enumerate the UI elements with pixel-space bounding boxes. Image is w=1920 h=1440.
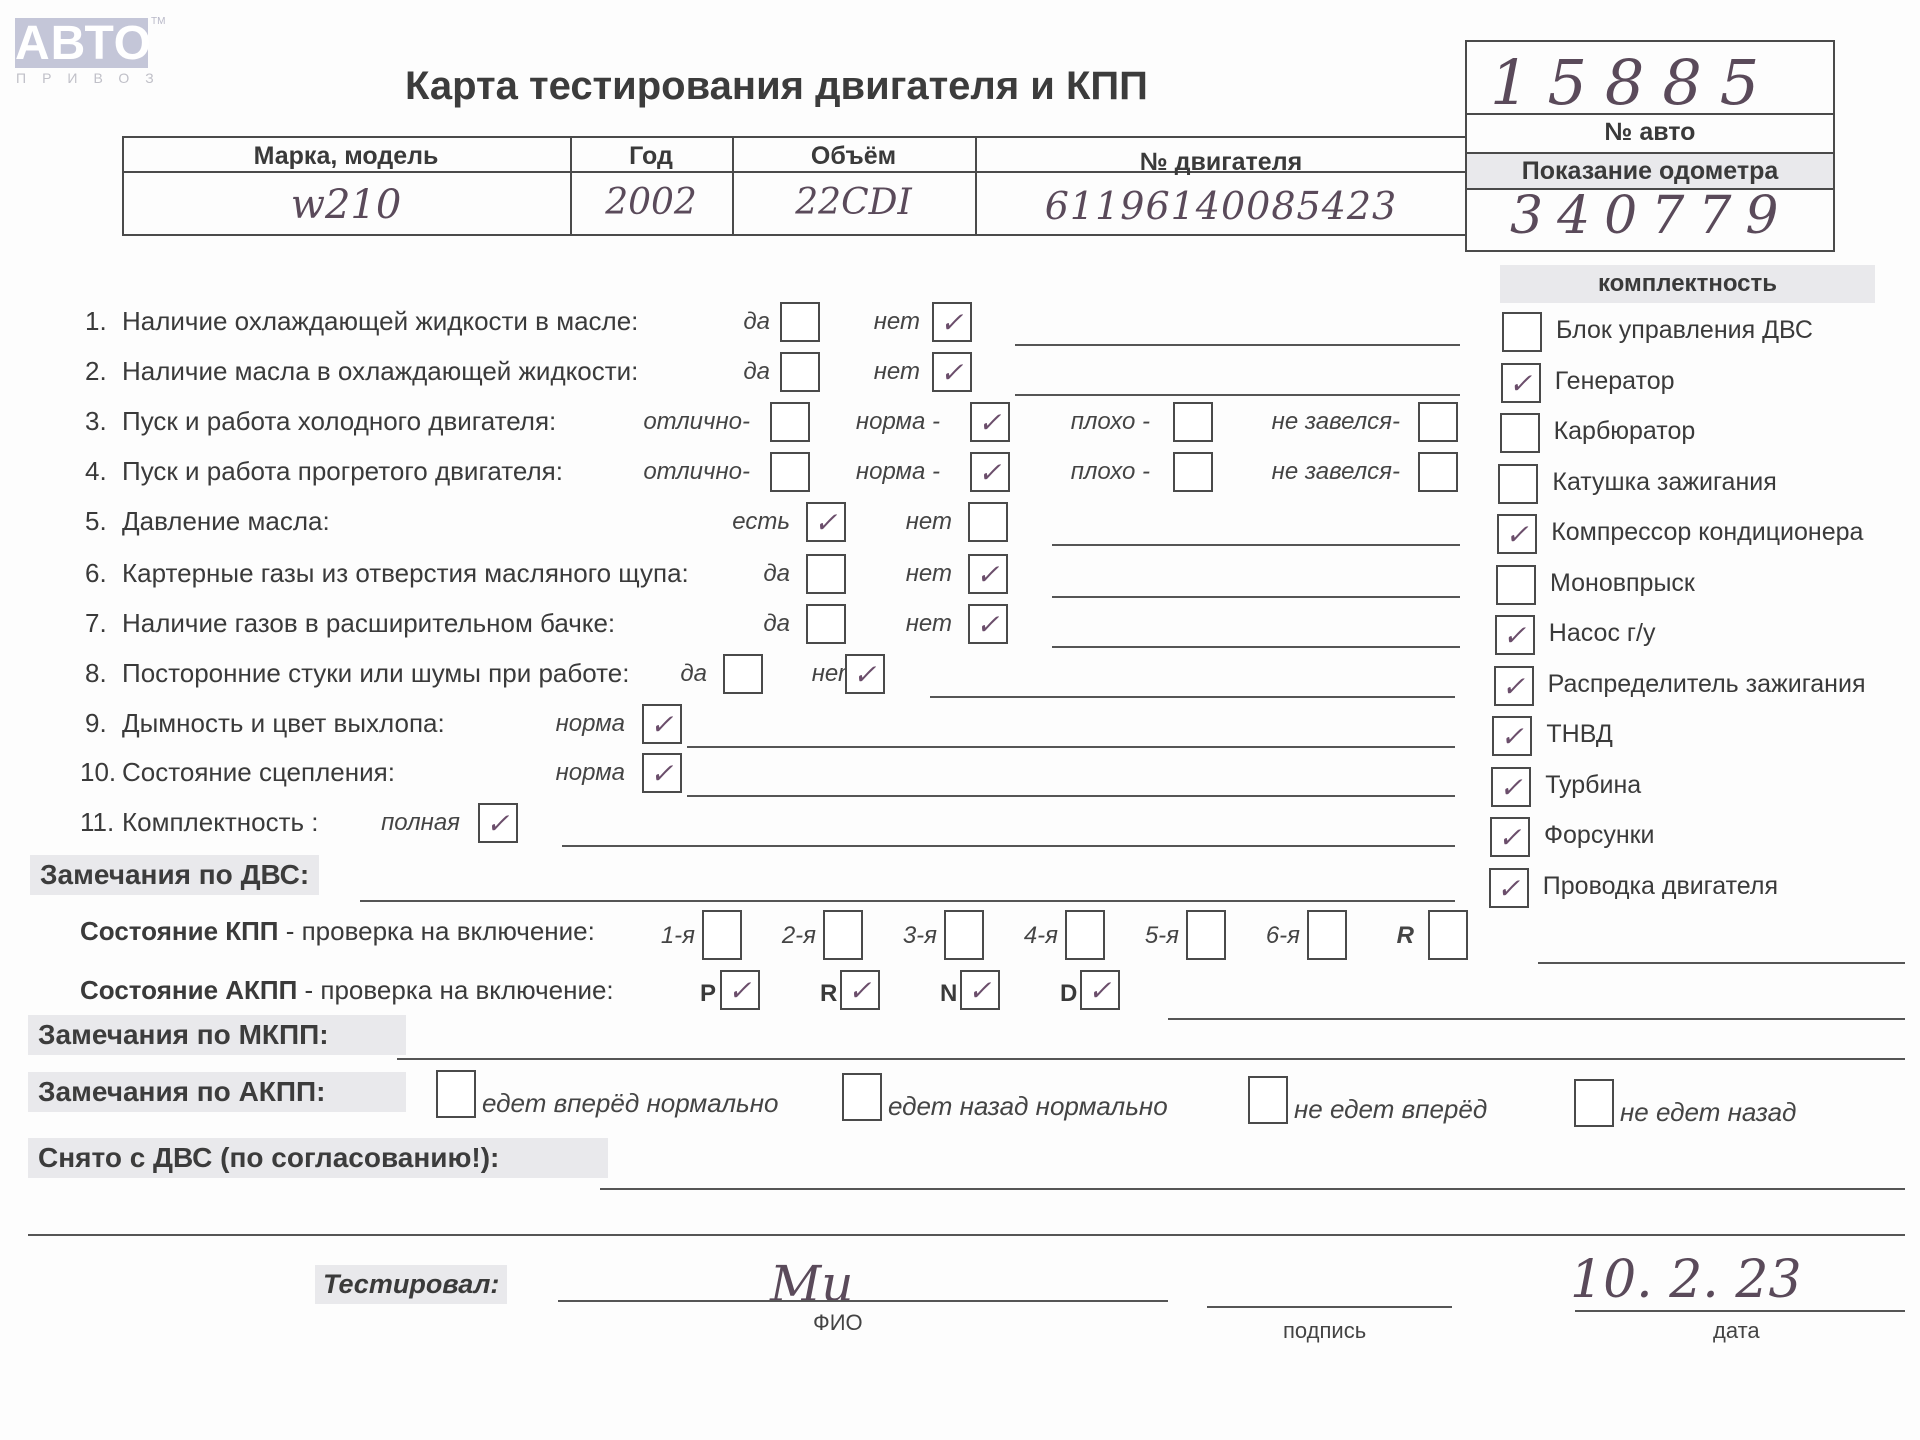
engine-number-value[interactable]: 61196140085423 (975, 184, 1467, 228)
kit-checkbox[interactable] (1490, 817, 1530, 857)
kit-item-label: Распределитель зажигания (1548, 670, 1866, 699)
year-value[interactable]: 2002 (570, 182, 732, 223)
trademark-mark: TM (151, 16, 165, 27)
kit-item-label: Карбюратор (1554, 417, 1696, 446)
checklist-option-label: нет (770, 308, 920, 336)
brand-subtitle: ПРИВОЗ (16, 70, 170, 86)
checklist-option-label: нет (708, 660, 858, 688)
checklist-checkbox[interactable] (968, 604, 1008, 644)
kit-checkbox[interactable] (1491, 767, 1531, 807)
tested-by-label: Тестировал: (315, 1265, 507, 1304)
auto-gearbox-label: Состояние АКПП - проверка на включение: (80, 975, 614, 1006)
checklist-comment-line[interactable] (687, 746, 1455, 748)
page-title: Карта тестирования двигателя и КПП (405, 64, 1148, 109)
car-number-label: № авто (1465, 118, 1835, 147)
car-number-value[interactable]: 15885 (1490, 46, 1777, 119)
kit-item-label: ТНВД (1546, 720, 1612, 749)
header-volume: Объём (732, 142, 975, 171)
kit-item-label: Проводка двигателя (1543, 872, 1778, 901)
checklist-item-number: 4. (85, 456, 107, 487)
checklist-checkbox[interactable] (968, 554, 1008, 594)
tested-by-name-caption: ФИО (813, 1310, 863, 1336)
checklist-option-label: норма - (790, 458, 940, 486)
checklist-option-label: полная (310, 809, 460, 837)
gear-checkbox[interactable] (1307, 910, 1347, 960)
auto-remark-label: не едет назад (1620, 1097, 1796, 1128)
checklist-option-label: норма (475, 759, 625, 787)
separator-line (28, 1234, 1905, 1236)
gear-label: 4-я (983, 922, 1058, 950)
auto-position-checkbox[interactable] (720, 970, 760, 1010)
checklist-option-label: да (620, 358, 770, 386)
kit-checkbox[interactable] (1492, 716, 1532, 756)
kit-checkbox[interactable] (1498, 464, 1538, 504)
checklist-item-label: Посторонние стуки или шумы при работе: (122, 658, 629, 689)
remarks-engine-label: Замечания по ДВС: (30, 855, 319, 895)
manual-gearbox-label-rest: - проверка на включение: (279, 916, 595, 946)
checklist-option-label: нет (802, 508, 952, 536)
auto-position-checkbox[interactable] (960, 970, 1000, 1010)
checklist-option-label: отлично- (600, 458, 750, 486)
gear-label: R (1346, 922, 1414, 950)
auto-position-label: N (940, 980, 957, 1008)
signature-line[interactable] (1207, 1306, 1452, 1308)
checklist-option-label: плохо - (1000, 408, 1150, 436)
auto-remark-checkbox[interactable] (842, 1073, 882, 1121)
kit-checkbox[interactable] (1496, 565, 1536, 605)
checklist-comment-line[interactable] (562, 845, 1455, 847)
make-model-value[interactable]: w210 (122, 182, 570, 228)
checklist-item-number: 9. (85, 708, 107, 739)
kit-checkbox[interactable] (1489, 868, 1529, 908)
checklist-comment-line[interactable] (1015, 344, 1460, 346)
checklist-option-label: да (557, 660, 707, 688)
gear-checkbox[interactable] (1065, 910, 1105, 960)
odometer-value[interactable]: 340779 (1510, 186, 1793, 246)
checklist-comment-line[interactable] (1052, 544, 1460, 546)
gear-checkbox[interactable] (944, 910, 984, 960)
header-year: Год (570, 142, 732, 171)
checklist-item-number: 11. (80, 807, 114, 838)
kit-item-label: Моновпрыск (1550, 569, 1695, 598)
gear-label: 3-я (862, 922, 937, 950)
kit-title: комплектность (1500, 265, 1875, 303)
car-number-divider (1465, 113, 1835, 115)
kit-item-label: Компрессор кондиционера (1551, 518, 1863, 547)
checklist-comment-line[interactable] (930, 696, 1455, 698)
kit-item-label: Турбина (1545, 771, 1641, 800)
auto-position-label: D (1060, 980, 1077, 1008)
tested-by-name-value[interactable]: Ми (770, 1255, 853, 1313)
checklist-option-label: плохо - (1000, 458, 1150, 486)
auto-position-label: R (820, 980, 837, 1008)
checklist-item-number: 7. (85, 608, 107, 639)
kit-checkbox[interactable] (1501, 363, 1541, 403)
auto-gearbox-label-rest: - проверка на включение: (297, 975, 613, 1005)
auto-remark-checkbox[interactable] (436, 1070, 476, 1118)
checklist-item-number: 2. (85, 356, 107, 387)
header-engine-number: № двигателя (975, 148, 1467, 177)
kit-checkbox[interactable] (1494, 666, 1534, 706)
gear-label: 2-я (741, 922, 816, 950)
remarks-manual-label: Замечания по МКПП: (28, 1015, 406, 1055)
auto-gearbox-line[interactable] (1168, 1018, 1905, 1020)
auto-position-checkbox[interactable] (840, 970, 880, 1010)
checklist-option-label: есть (640, 508, 790, 536)
checklist-item-number: 6. (85, 558, 107, 589)
kit-item-label: Насос г/у (1549, 619, 1656, 648)
checklist-checkbox[interactable] (478, 803, 518, 843)
checklist-item-label: Пуск и работа холодного двигателя: (122, 406, 556, 437)
checklist-checkbox[interactable] (1173, 402, 1213, 442)
checklist-checkbox[interactable] (1418, 402, 1458, 442)
checklist-item-number: 3. (85, 406, 107, 437)
auto-gearbox-label-bold: Состояние АКПП (80, 975, 297, 1005)
checklist-checkbox[interactable] (1173, 452, 1213, 492)
checklist-checkbox[interactable] (932, 302, 972, 342)
kit-item-label: Блок управления ДВС (1556, 316, 1813, 345)
checklist-item-number: 10. (80, 757, 116, 788)
checklist-option-label: не завелся- (1250, 458, 1400, 486)
checklist-checkbox[interactable] (642, 753, 682, 793)
date-line (1575, 1310, 1905, 1312)
checklist-option-label: норма (475, 710, 625, 738)
brand-logo: АВТО (15, 18, 148, 68)
auto-position-label: P (700, 980, 716, 1008)
checklist-comment-line[interactable] (687, 795, 1455, 797)
remarks-auto-label: Замечания по АКПП: (28, 1072, 406, 1112)
removed-line[interactable] (600, 1188, 1905, 1190)
checklist-item-label: Картерные газы из отверстия масляного щу… (122, 558, 689, 589)
remarks-engine-line[interactable] (360, 900, 1455, 902)
manual-gearbox-label-bold: Состояние КПП (80, 916, 279, 946)
remarks-manual-line[interactable] (397, 1058, 1905, 1060)
gear-checkbox[interactable] (1186, 910, 1226, 960)
kit-checkbox[interactable] (1502, 312, 1542, 352)
auto-remark-label: едет назад нормально (888, 1091, 1168, 1122)
checklist-item-number: 5. (85, 506, 107, 537)
gear-checkbox[interactable] (1428, 910, 1468, 960)
date-caption: дата (1713, 1318, 1760, 1344)
checklist-checkbox[interactable] (642, 704, 682, 744)
kit-checkbox[interactable] (1500, 413, 1540, 453)
gear-label: 5-я (1104, 922, 1179, 950)
auto-position-checkbox[interactable] (1080, 970, 1120, 1010)
checklist-option-label: нет (802, 560, 952, 588)
checklist-item-label: Наличие охлаждающей жидкости в масле: (122, 306, 638, 337)
kit-item-label: Катушка зажигания (1552, 468, 1776, 497)
checklist-option-label: да (620, 308, 770, 336)
checklist-item-number: 1. (85, 306, 107, 337)
gear-label: 6-я (1225, 922, 1300, 950)
tested-by-name-line (558, 1300, 1168, 1302)
auto-remark-label: не едет вперёд (1294, 1094, 1487, 1125)
checklist-item-number: 8. (85, 658, 107, 689)
removed-label: Снято с ДВС (по согласованию!): (28, 1138, 608, 1178)
checklist-comment-line[interactable] (1015, 394, 1460, 396)
checklist-option-label: нет (770, 358, 920, 386)
auto-remark-label: едет вперёд нормально (482, 1088, 778, 1119)
checklist-comment-line[interactable] (1052, 596, 1460, 598)
checklist-option-label: нет (802, 610, 952, 638)
checklist-option-label: не завелся- (1250, 408, 1400, 436)
checklist-item-label: Давление масла: (122, 506, 330, 537)
checklist-checkbox[interactable] (968, 502, 1008, 542)
signature-caption: подпись (1283, 1318, 1366, 1344)
checklist-checkbox[interactable] (845, 654, 885, 694)
gear-label: 1-я (620, 922, 695, 950)
gear-checkbox[interactable] (702, 910, 742, 960)
auto-remark-checkbox[interactable] (1574, 1079, 1614, 1127)
date-value[interactable]: 10. 2. 23 (1570, 1250, 1802, 1310)
kit-checkbox[interactable] (1497, 514, 1537, 554)
checklist-option-label: да (640, 610, 790, 638)
checklist-option-label: норма - (790, 408, 940, 436)
checklist-checkbox[interactable] (1418, 452, 1458, 492)
checklist-item-label: Наличие масла в охлаждающей жидкости: (122, 356, 638, 387)
checklist-comment-line[interactable] (1052, 646, 1460, 648)
checklist-item-label: Дымность и цвет выхлопа: (122, 708, 445, 739)
checklist-option-label: да (640, 560, 790, 588)
checklist-checkbox[interactable] (932, 352, 972, 392)
kit-item-label: Форсунки (1544, 821, 1655, 850)
checklist-option-label: отлично- (600, 408, 750, 436)
kit-item-label: Генератор (1555, 367, 1675, 396)
checklist-item-label: Комплектность : (122, 807, 319, 838)
checklist-item-label: Состояние сцепления: (122, 757, 395, 788)
kit-checkbox[interactable] (1495, 615, 1535, 655)
checklist-item-label: Пуск и работа прогретого двигателя: (122, 456, 563, 487)
checklist-item-label: Наличие газов в расширительном бачке: (122, 608, 615, 639)
auto-remark-checkbox[interactable] (1248, 1076, 1288, 1124)
manual-gearbox-label: Состояние КПП - проверка на включение: (80, 916, 595, 947)
volume-value[interactable]: 22CDI (732, 182, 975, 223)
header-make-model: Марка, модель (122, 142, 570, 171)
gear-checkbox[interactable] (823, 910, 863, 960)
manual-gearbox-line[interactable] (1538, 962, 1905, 964)
odometer-label: Показание одометра (1467, 152, 1833, 190)
